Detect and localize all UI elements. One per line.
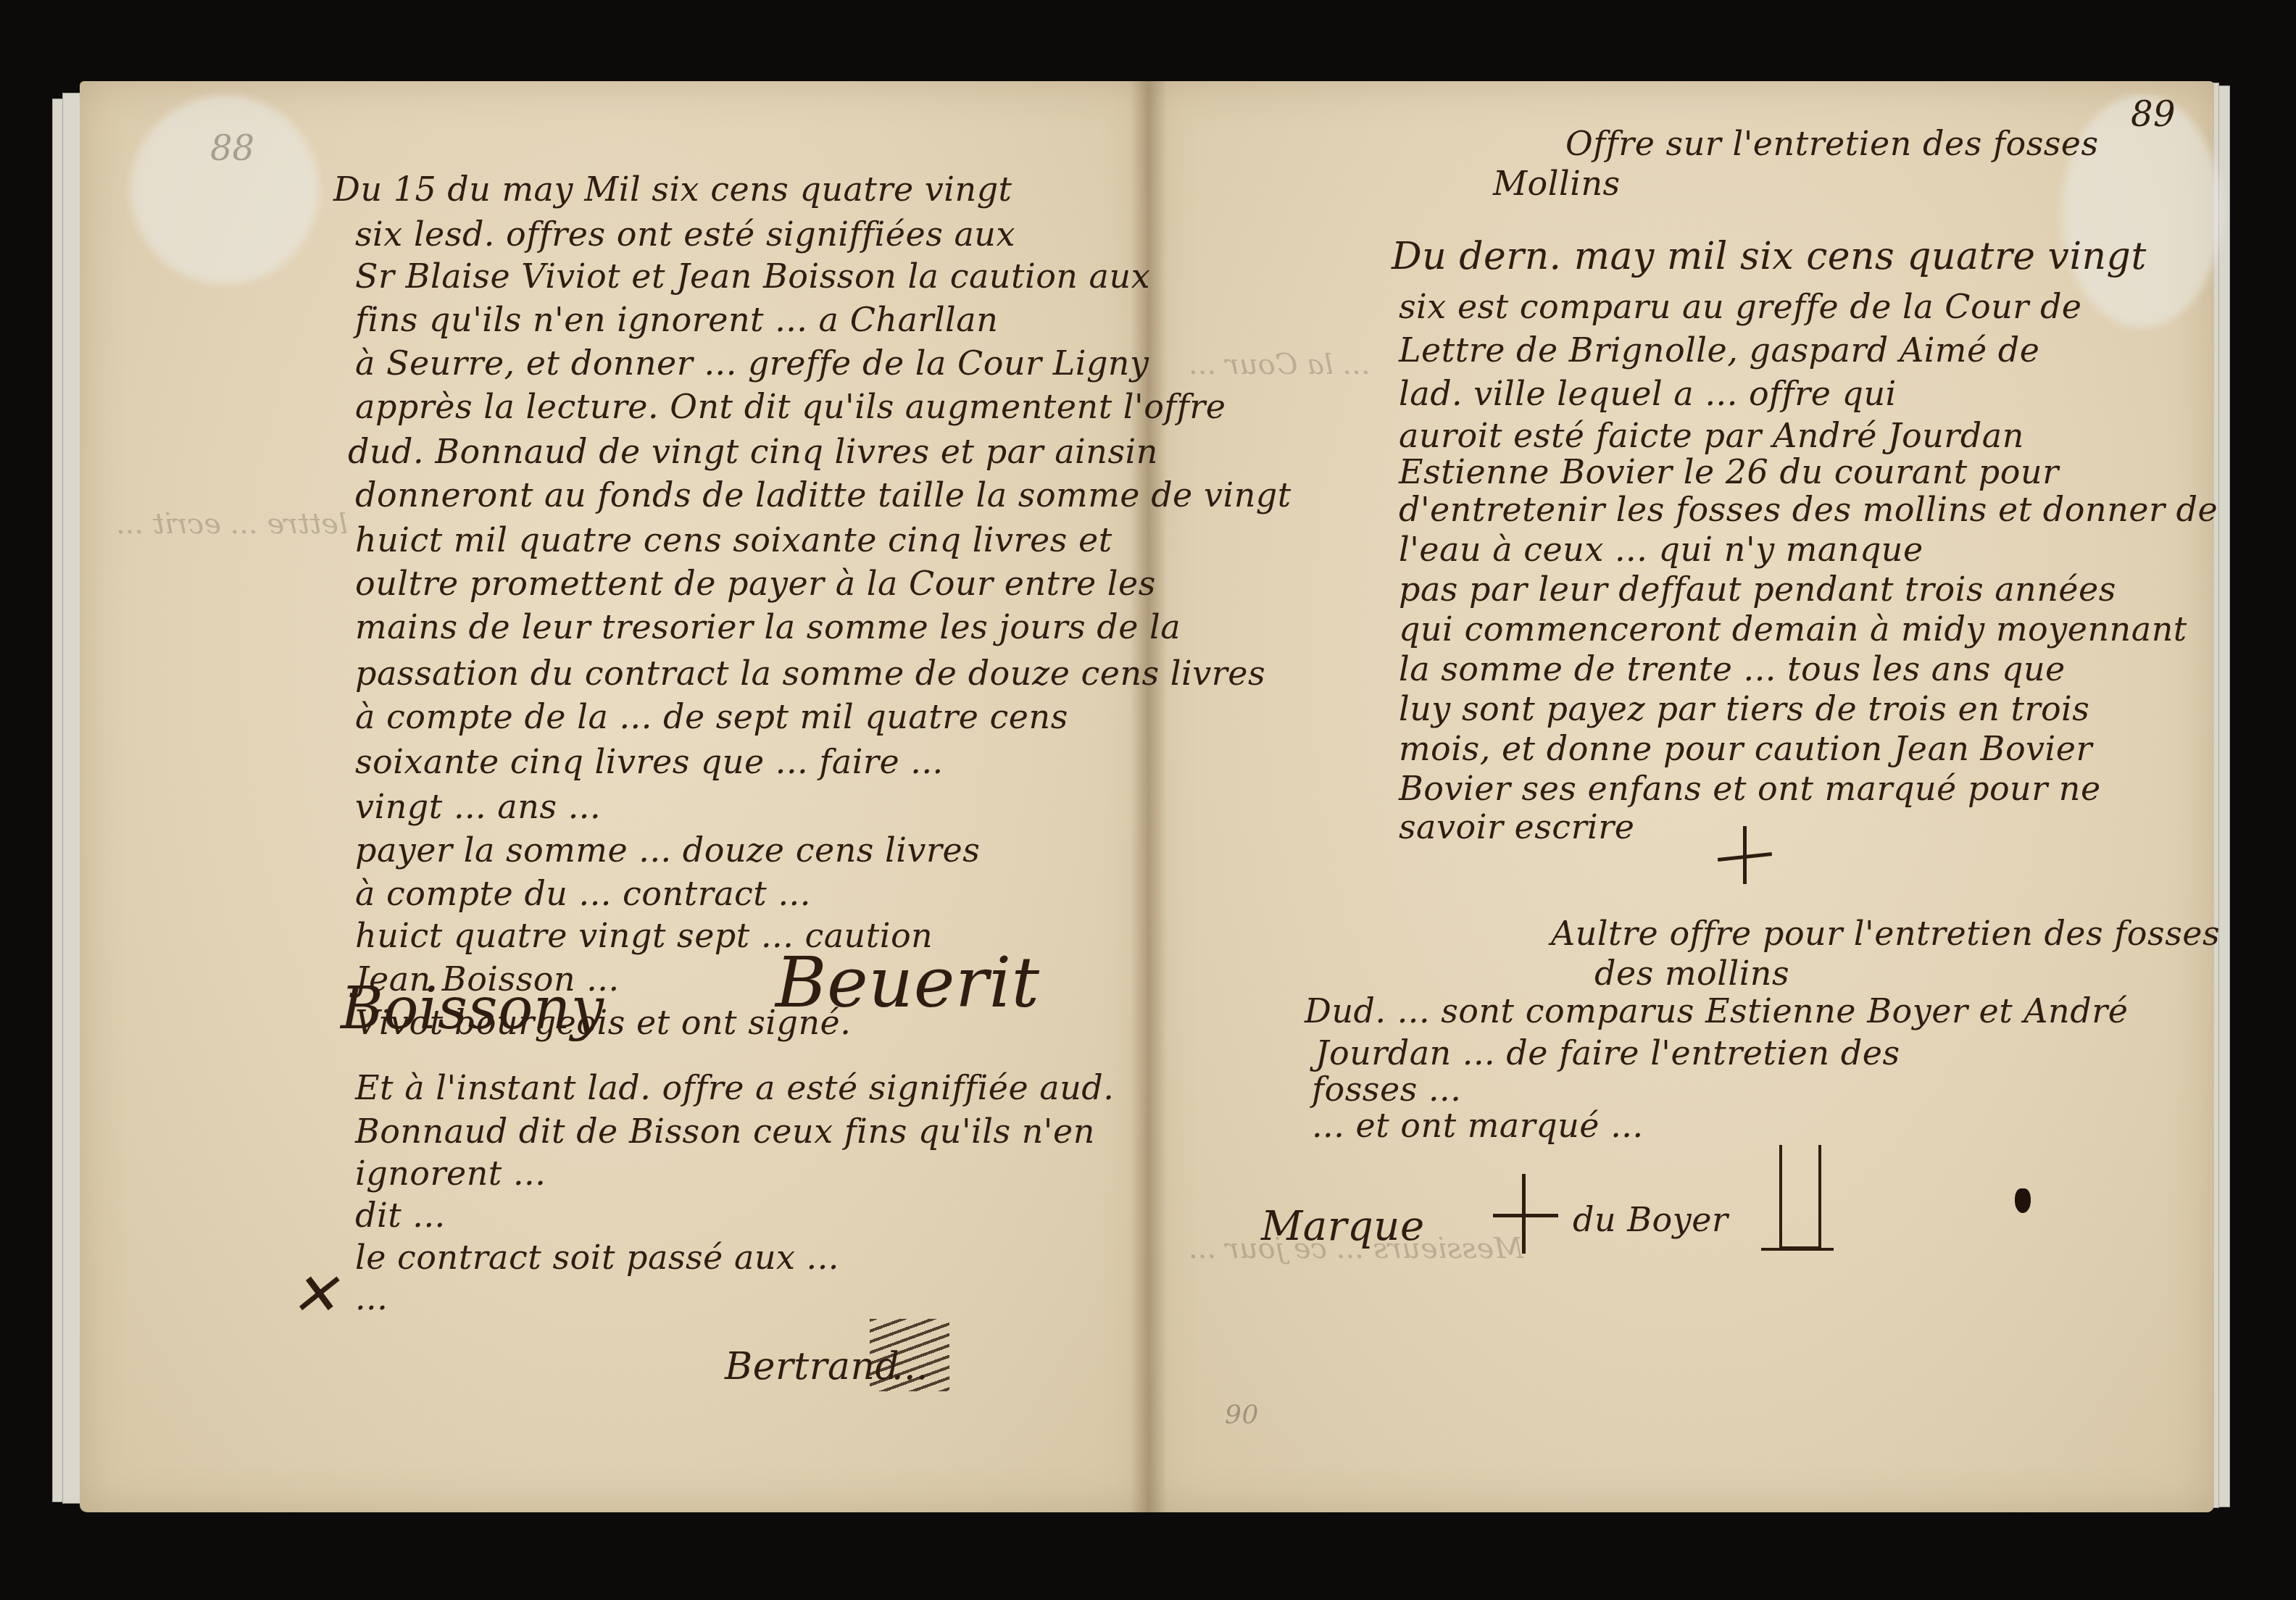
bleed-through-text: lettre ... ecrit ... [116, 507, 348, 541]
text-line: savoir escrire [1399, 810, 1635, 843]
mark-label: du Boyer [1573, 1203, 1728, 1236]
ink-blot [2015, 1188, 2031, 1213]
text-line: mains de leur tresorier la somme les jou… [355, 610, 1181, 643]
faint-number: 90 [1225, 1402, 1259, 1428]
text-line: à compte du ... contract ... [355, 877, 811, 910]
text-line: Lettre de Brignolle, gaspard Aimé de [1399, 333, 2040, 367]
text-line: Du 15 du may Mil six cens quatre vingt [333, 172, 1012, 206]
text-line: pas par leur deffaut pendant trois année… [1399, 572, 2116, 606]
book-gutter [1131, 81, 1167, 1512]
text-line: ... [355, 1281, 388, 1314]
text-line: vingt ... ans ... [355, 790, 601, 823]
text-line: apprès la lecture. Ont dit qu'ils augmen… [355, 390, 1226, 423]
text-line: ignorent ... [355, 1157, 546, 1190]
text-line: mois, et donne pour caution Jean Bovier [1399, 732, 2092, 765]
text-line: fosses ... [1312, 1072, 1461, 1106]
text-line: six est comparu au greffe de la Cour de [1399, 290, 2082, 323]
text-line: Et à l'instant lad. offre a esté signiff… [355, 1071, 1114, 1104]
x-mark: ✕ [290, 1261, 339, 1328]
flourish-mark [870, 1319, 949, 1391]
notary-mark-base [1761, 1248, 1834, 1251]
text-line: Bonnaud dit de Bisson ceux fins qu'ils n… [355, 1114, 1095, 1148]
heading: des mollins [1594, 957, 1789, 990]
notary-mark-sign [1779, 1145, 1821, 1249]
text-line: ... et ont marqué ... [1312, 1109, 1644, 1142]
text-line: oultre promettent de payer à la Cour ent… [355, 567, 1156, 600]
folio-number: 89 [2131, 94, 2176, 135]
text-line: à compte de la ... de sept mil quatre ce… [355, 700, 1068, 733]
text-line: auroit esté faicte par André Jourdan [1399, 419, 2024, 452]
text-line: fins qu'ils n'en ignorent ... a Charllan [355, 303, 998, 336]
heading: Offre sur l'entretien des fosses [1565, 127, 2099, 160]
text-line: passation du contract la somme de douze … [355, 657, 1265, 690]
heading: Mollins [1493, 167, 1621, 200]
text-line: Dud. ... sont comparus Estienne Boyer et… [1305, 994, 2128, 1028]
text-line: donneront au fonds de laditte taille la … [355, 478, 1291, 512]
text-line: lad. ville lequel a ... offre qui [1399, 377, 1897, 410]
text-line: Estienne Bovier le 26 du courant pour [1399, 455, 2059, 488]
text-line: luy sont payez par tiers de trois en tro… [1399, 692, 2089, 725]
heading: Aultre offre pour l'entretien des fosses [1551, 917, 2220, 950]
text-line: soixante cinq livres que ... faire ... [355, 745, 944, 778]
text-line: qui commenceront demain à midy moyennant [1399, 612, 2187, 646]
text-line: Bovier ses enfans et ont marqué pour ne [1399, 772, 2101, 805]
text-line: dud. Bonnaud de vingt cinq livres et par… [348, 435, 1158, 468]
water-stain [130, 96, 319, 284]
text-line: le contract soit passé aux ... [355, 1241, 839, 1274]
text-line: huict mil quatre cens soixante cinq livr… [355, 523, 1112, 557]
text-line: la somme de trente ... tous les ans que [1399, 652, 2066, 686]
text-line: payer la somme ... douze cens livres [355, 833, 980, 867]
signature: Boissony [341, 975, 604, 1042]
text-line: Du dern. may mil six cens quatre vingt [1392, 238, 2147, 275]
text-line: d'entretenir les fosses des mollins et d… [1399, 493, 2218, 526]
mark-label: Marque [1261, 1207, 1425, 1247]
text-line: à Seurre, et donner ... greffe de la Cou… [355, 346, 1149, 380]
left-folio-number: 88 [210, 128, 254, 169]
text-line: l'eau à ceux ... qui n'y manque [1399, 533, 1923, 566]
cross-mark-horizontal [1493, 1214, 1558, 1217]
text-line: Sr Blaise Viviot et Jean Boisson la caut… [355, 259, 1150, 293]
text-line: Jourdan ... de faire l'entretien des [1315, 1036, 1900, 1070]
left-page: 88 [80, 81, 1149, 1512]
bleed-through-text: ... la Cour ... [1189, 348, 1370, 381]
signature: Beuerit [775, 942, 1040, 1023]
text-line: dit ... [355, 1199, 446, 1232]
text-line: six lesd. offres ont esté signiffiées au… [355, 217, 1015, 251]
